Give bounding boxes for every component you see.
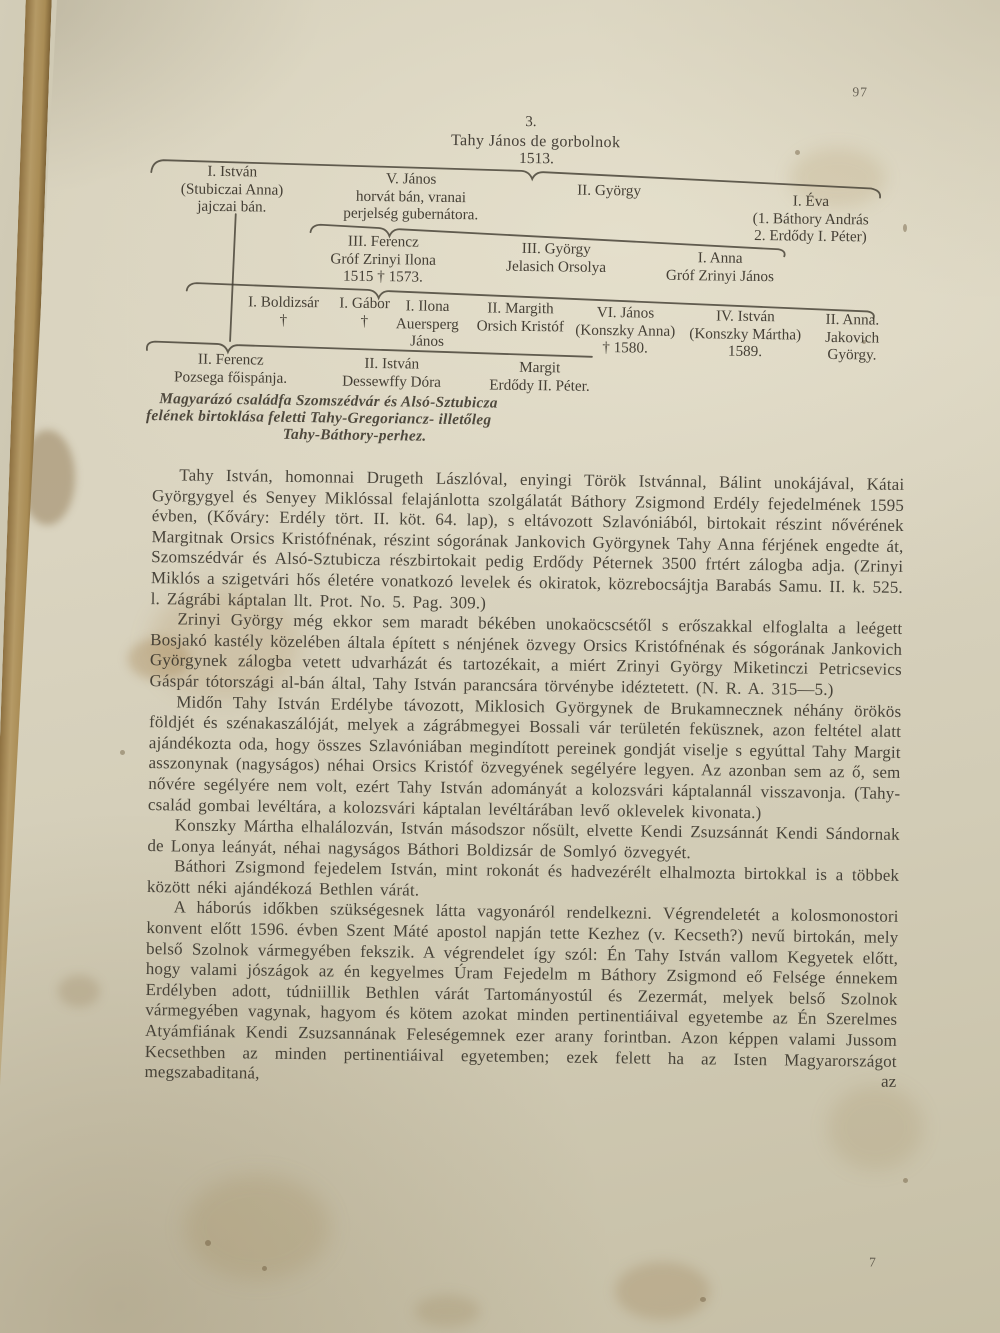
- book-page-photo: 97 3. Tahy János de gorbolnok 1513. I. I…: [0, 0, 1000, 1333]
- tree-cell: III. FerenczGróf Zrinyi Ilona1515 † 1573…: [330, 232, 436, 286]
- body-text: Tahy István, homonnai Drugeth Lászlóval,…: [144, 465, 904, 1093]
- tree-cell: I. Gábor†: [339, 295, 390, 331]
- tree-caption-line: Tahy-Báthory-perhez.: [283, 426, 427, 446]
- page-sheet: 97 3. Tahy János de gorbolnok 1513. I. I…: [0, 0, 1000, 1333]
- tree-cell: V. Jánoshorvát bán, vranaiperjelség gube…: [343, 170, 479, 225]
- tree-cell: III. GyörgyJelasich Orsolya: [506, 240, 606, 276]
- tree-cell: II. FerenczPozsega főispánja.: [174, 350, 287, 387]
- tree-cell: I. AnnaGróf Zrinyi János: [666, 249, 774, 286]
- body-paragraph: Zrinyi György még ekkor sem maradt békéb…: [149, 609, 902, 701]
- tree-cell: I. István(Stubiczai Anna)jajczai bán.: [180, 162, 283, 216]
- section-number: 3.: [525, 114, 536, 131]
- printed-content: 97 3. Tahy János de gorbolnok 1513. I. I…: [0, 0, 1000, 1333]
- page-number-bottom: 7: [869, 1255, 877, 1271]
- body-paragraph: A háborús időkben szükségesnek látta vag…: [144, 898, 898, 1093]
- tree-cell: II. IstvánDessewffy Dóra: [342, 355, 441, 391]
- body-paragraph: Tahy István, homonnai Drugeth Lászlóval,…: [151, 465, 905, 619]
- page-number-top: 97: [852, 84, 868, 100]
- body-paragraph: Midőn Tahy István Erdélybe távozott, Mik…: [148, 692, 902, 825]
- tree-cell: II. Anna.JakovichGyörgy.: [825, 311, 880, 364]
- tree-cell: II. György: [577, 182, 641, 200]
- tree-cell: II. MargithOrsich Kristóf: [477, 299, 565, 335]
- tree-cell: IV. István(Konszky Mártha)1589.: [689, 307, 801, 361]
- tree-cell: I. Boldizsár†: [248, 293, 319, 329]
- tree-cell: I. IlonaAuerspergJános: [395, 297, 459, 351]
- tree-cell: I. Éva(1. Báthory András2. Erdődy I. Pét…: [752, 192, 869, 246]
- tree-cell: MargitErdődy II. Péter.: [489, 358, 590, 394]
- tree-cell: VI. János(Konszky Anna)† 1580.: [575, 304, 676, 358]
